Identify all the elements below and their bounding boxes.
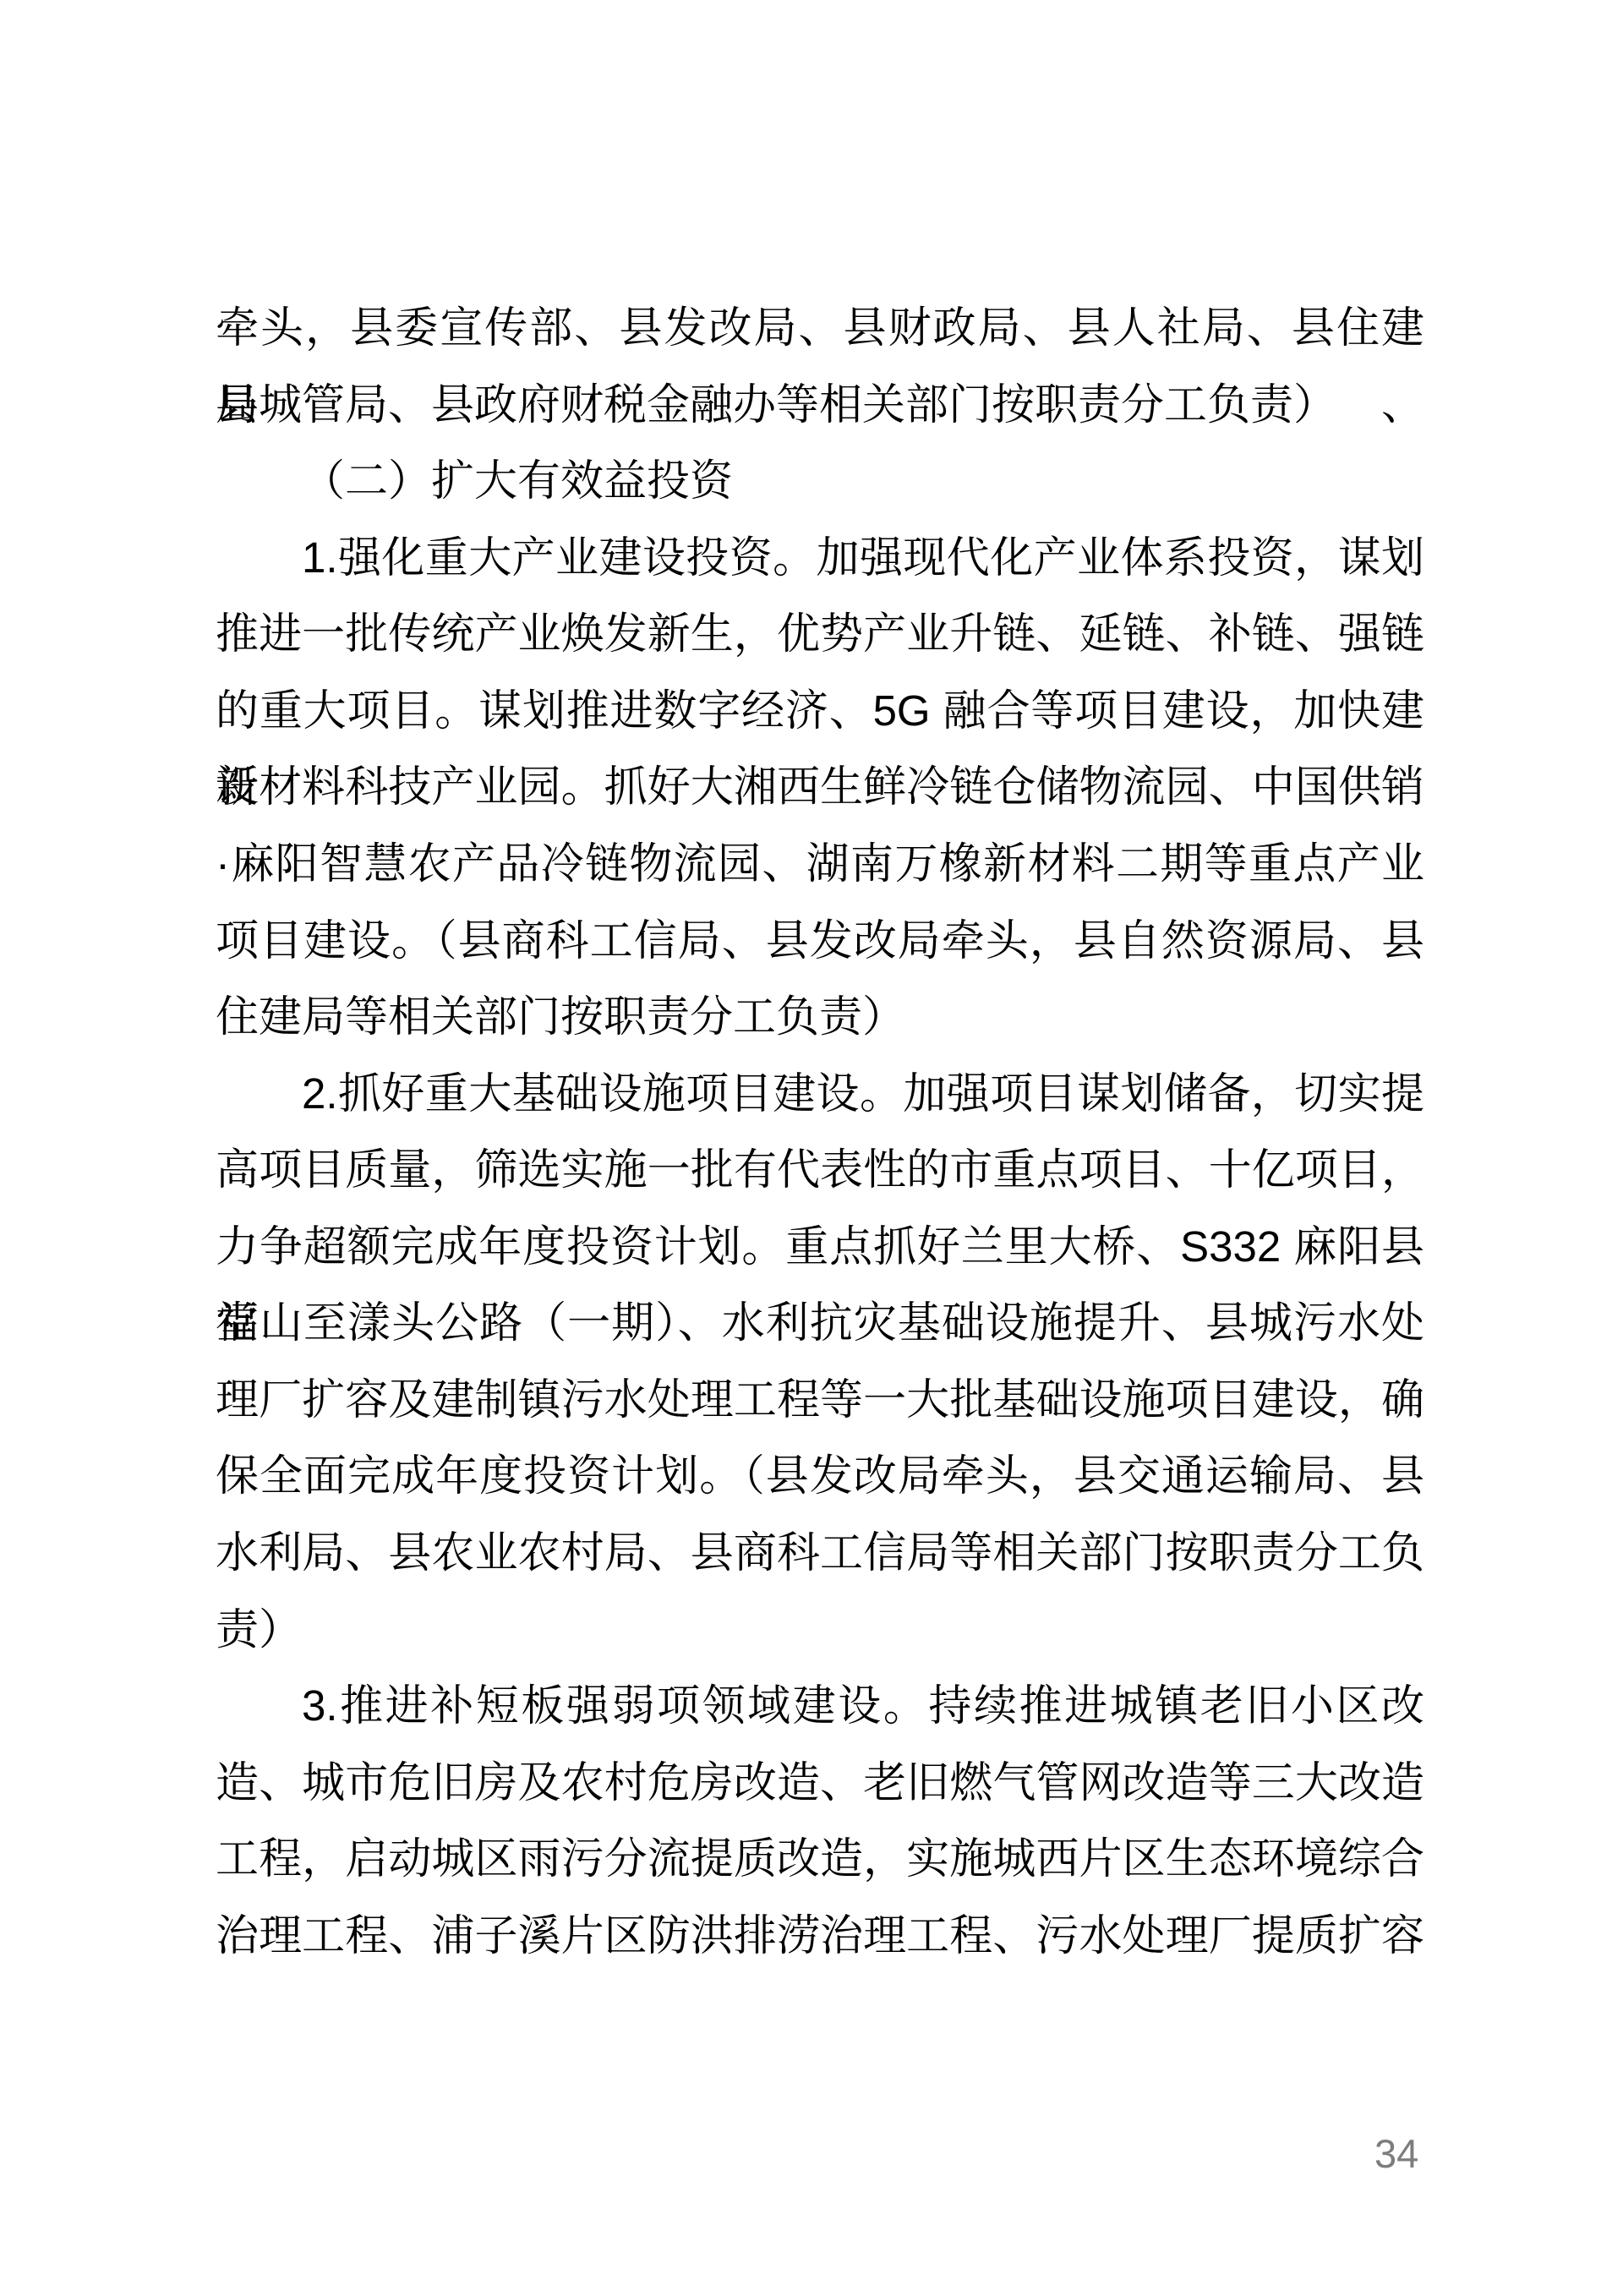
text-line: 工程，启动城区雨污分流提质改造，实施城西片区生态环境综合 bbox=[216, 1821, 1424, 1898]
text-line: 的重大项目。谋划推进数字经济、5G 融合等项目建设，加快建设 bbox=[216, 673, 1424, 750]
text-line: 推进一批传统产业焕发新生，优势产业升链、延链、补链、强链 bbox=[216, 596, 1424, 673]
text-line: 牵头，县委宣传部、县发改局、县财政局、县人社局、县住建局、 bbox=[216, 290, 1424, 367]
text-line: ·麻阳智慧农产品冷链物流园、湖南万橡新材料二期等重点产业 bbox=[216, 826, 1424, 903]
text-line: 理厂扩容及建制镇污水处理工程等一大批基础设施项目建设，确 bbox=[216, 1362, 1424, 1439]
text-line: 3.推进补短板强弱项领域建设。持续推进城镇老旧小区改 bbox=[216, 1668, 1424, 1745]
text-line: 造、城市危旧房及农村危房改造、老旧燃气管网改造等三大改造 bbox=[216, 1745, 1424, 1822]
text-line: 治理工程、浦子溪片区防洪排涝治理工程、污水处理厂提质扩容 bbox=[216, 1898, 1424, 1975]
text-line: 1.强化重大产业建设投资。加强现代化产业体系投资，谋划 bbox=[216, 520, 1424, 597]
text-line: （二）扩大有效益投资 bbox=[216, 443, 1424, 520]
document-body: 牵头，县委宣传部、县发改局、县财政局、县人社局、县住建局、县城管局、县政府财税金… bbox=[216, 290, 1424, 1974]
text-line: 水利局、县农业农村局、县商科工信局等相关部门按职责分工负 bbox=[216, 1515, 1424, 1592]
text-line: 新材料科技产业园。抓好大湘西生鲜冷链仓储物流园、中国供销 bbox=[216, 749, 1424, 826]
text-line: 2.抓好重大基础设施项目建设。加强项目谋划储备，切实提 bbox=[216, 1056, 1424, 1133]
page-number: 34 bbox=[1374, 2134, 1418, 2173]
heading-section-two: （二）扩大有效益投资 bbox=[216, 443, 1424, 520]
text-line: 项目建设。（县商科工信局、县发改局牵头，县自然资源局、县 bbox=[216, 903, 1424, 980]
paragraph-responsibility-continuation: 牵头，县委宣传部、县发改局、县财政局、县人社局、县住建局、县城管局、县政府财税金… bbox=[216, 290, 1424, 443]
paragraph-item-3-shortboard-renovation: 3.推进补短板强弱项领域建设。持续推进城镇老旧小区改造、城市危旧房及农村危房改造… bbox=[216, 1668, 1424, 1974]
text-line: 住建局等相关部门按职责分工负责） bbox=[216, 979, 1424, 1056]
text-line: 保全面完成年度投资计划。（县发改局牵头，县交通运输局、县 bbox=[216, 1438, 1424, 1515]
text-line: 高项目质量，筛选实施一批有代表性的市重点项目、十亿项目， bbox=[216, 1132, 1424, 1209]
paragraph-item-2-infrastructure-projects: 2.抓好重大基础设施项目建设。加强项目谋划储备，切实提高项目质量，筛选实施一批有… bbox=[216, 1056, 1424, 1669]
paragraph-item-1-industry-investment: 1.强化重大产业建设投资。加强现代化产业体系投资，谋划推进一批传统产业焕发新生，… bbox=[216, 520, 1424, 1056]
text-line: 力争超额完成年度投资计划。重点抓好兰里大桥、S332 麻阳县福 bbox=[216, 1209, 1424, 1286]
text-line: 县城管局、县政府财税金融办等相关部门按职责分工负责） bbox=[216, 367, 1424, 444]
text-line: 堂山至漾头公路（一期）、水利抗灾基础设施提升、县城污水处 bbox=[216, 1285, 1424, 1362]
text-line: 责） bbox=[216, 1592, 1424, 1669]
